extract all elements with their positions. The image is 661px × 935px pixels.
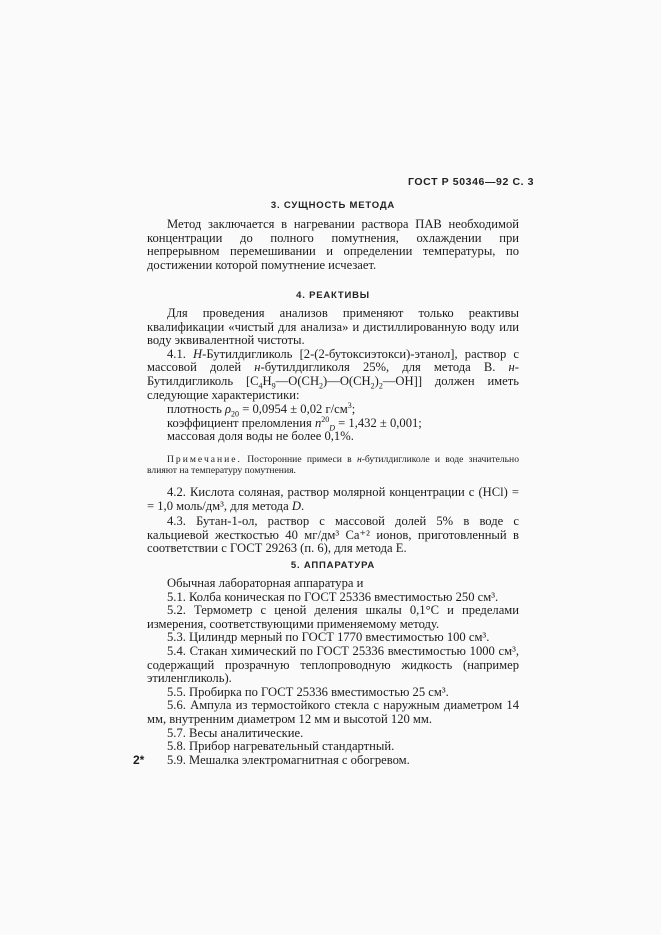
section-5-body: Обычная лабораторная аппаратура и 5.1. К… <box>147 577 519 767</box>
apparatus-item-5-1: 5.1. Колба коническая по ГОСТ 25336 вмес… <box>147 591 519 605</box>
section-4-title: 4. РЕАКТИВЫ <box>147 290 519 301</box>
refraction-line: коэффициент преломления n20D = 1,432 ± 0… <box>167 417 519 431</box>
section-5-title: 5. АППАРАТУРА <box>147 560 519 571</box>
apparatus-item-5-4: 5.4. Стакан химический по ГОСТ 25336 вме… <box>147 645 519 686</box>
apparatus-item-5-3: 5.3. Цилиндр мерный по ГОСТ 1770 вместим… <box>147 631 519 645</box>
item-4-2: 4.2. Кислота соляная, раствор молярной к… <box>147 486 519 513</box>
characteristics-list: плотность ρ20 = 0,0954 ± 0,02 г/см3; коэ… <box>147 403 519 444</box>
apparatus-intro: Обычная лабораторная аппаратура и <box>147 577 519 591</box>
reagents-intro: Для проведения анализов применяют только… <box>147 307 519 348</box>
section-3-body: Метод заключается в нагревании раствора … <box>147 218 519 272</box>
method-paragraph: Метод заключается в нагревании раствора … <box>147 218 519 272</box>
apparatus-item-5-9: 5.9. Мешалка электромагнитная с обогрево… <box>147 754 519 768</box>
apparatus-item-5-6: 5.6. Ампула из термостойкого стекла с на… <box>147 699 519 726</box>
apparatus-item-5-7: 5.7. Весы аналитические. <box>147 727 519 741</box>
item-4-1: 4.1. Н-Бутилдигликоль [2-(2-бутоксиэтокс… <box>147 348 519 402</box>
density-line: плотность ρ20 = 0,0954 ± 0,02 г/см3; <box>167 403 519 417</box>
section-4-body: Для проведения анализов применяют только… <box>147 307 519 556</box>
running-head: ГОСТ Р 50346—92 С. 3 <box>408 176 534 188</box>
section-3-title: 3. СУЩНОСТЬ МЕТОДА <box>147 200 519 211</box>
water-content-line: массовая доля воды не более 0,1%. <box>167 430 519 444</box>
document-page: ГОСТ Р 50346—92 С. 3 3. СУЩНОСТЬ МЕТОДА … <box>0 0 661 935</box>
note: Примечание. Посторонние примеси в н-бути… <box>147 454 519 477</box>
apparatus-item-5-8: 5.8. Прибор нагревательный стандартный. <box>147 740 519 754</box>
signature-mark: 2* <box>133 753 144 767</box>
item-4-3: 4.3. Бутан-1-ол, раствор с массовой доле… <box>147 515 519 556</box>
apparatus-item-5-2: 5.2. Термометр с ценой деления шкалы 0,1… <box>147 604 519 631</box>
apparatus-item-5-5: 5.5. Пробирка по ГОСТ 25336 вместимостью… <box>147 686 519 700</box>
